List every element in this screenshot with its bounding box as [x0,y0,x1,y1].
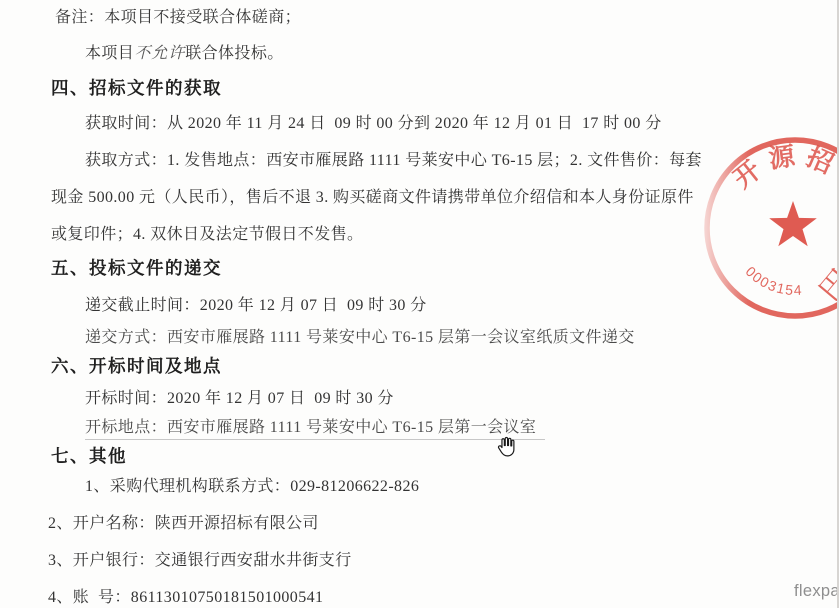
section-5-heading: 五、投标文件的递交 [51,257,222,279]
seal-arc-text: 开源招标 [728,141,839,209]
seal-star-icon [769,201,817,246]
scan-underline [85,439,545,440]
section-5-method: 递交方式：西安市雁展路 1111 号莱安中心 T6-15 层第一会议室纸质文件递… [85,328,635,348]
seal-partial-glyph: 巴 [812,261,839,309]
section-6-open-time: 开标时间：2020 年 12 月 07 日 09 时 30 分 [85,389,394,409]
section-6-open-place: 开标地点：西安市雁展路 1111 号莱安中心 T6-15 层第一会议室 [85,418,536,438]
document-page[interactable]: 备注：本项目不接受联合体磋商； 本项目不允许联合体投标。 四、招标文件的获取 获… [0,0,839,608]
remark-line-1: 备注：本项目不接受联合体磋商； [55,8,301,28]
section-4-obtain-time: 获取时间：从 2020 年 11 月 24 日 09 时 00 分到 2020 … [85,114,662,134]
section-4-method-line-3: 或复印件；4. 双休日及法定节假日不发售。 [51,225,363,245]
grab-hand-cursor-icon [492,434,518,460]
section-7-item-1: 1、采购代理机构联系方式：029-81206622-826 [85,477,419,497]
section-7-item-3: 3、开户银行：交通银行西安甜水井街支行 [48,551,352,571]
section-4-method-line-1: 获取方式：1. 发售地点：西安市雁展路 1111 号莱安中心 T6-15 层；2… [85,151,702,171]
red-seal-stamp-icon: 开源招标 0003154 巴 [700,118,839,343]
section-7-heading: 七、其他 [51,445,127,467]
section-7-item-2: 2、开户名称：陕西开源招标有限公司 [48,514,319,534]
remark-line-2-emphasis: 不允许 [134,45,185,62]
seal-serial-number: 0003154 [743,263,804,298]
section-4-method-line-2: 现金 500.00 元（人民币），售后不退 3. 购买磋商文件请携带单位介绍信和… [51,188,694,208]
section-5-deadline: 递交截止时间：2020 年 12 月 07 日 09 时 30 分 [85,296,427,316]
flexpaper-watermark: flexpap [794,582,839,601]
section-7-item-4: 4、账 号：86113010750181501000541 [48,588,323,608]
remark-line-2-prefix: 本项目 [85,45,134,62]
section-4-heading: 四、招标文件的获取 [51,77,222,99]
remark-line-2: 本项目不允许联合体投标。 [85,44,284,64]
section-6-heading: 六、开标时间及地点 [51,355,222,377]
remark-line-2-suffix: 联合体投标。 [185,45,283,62]
